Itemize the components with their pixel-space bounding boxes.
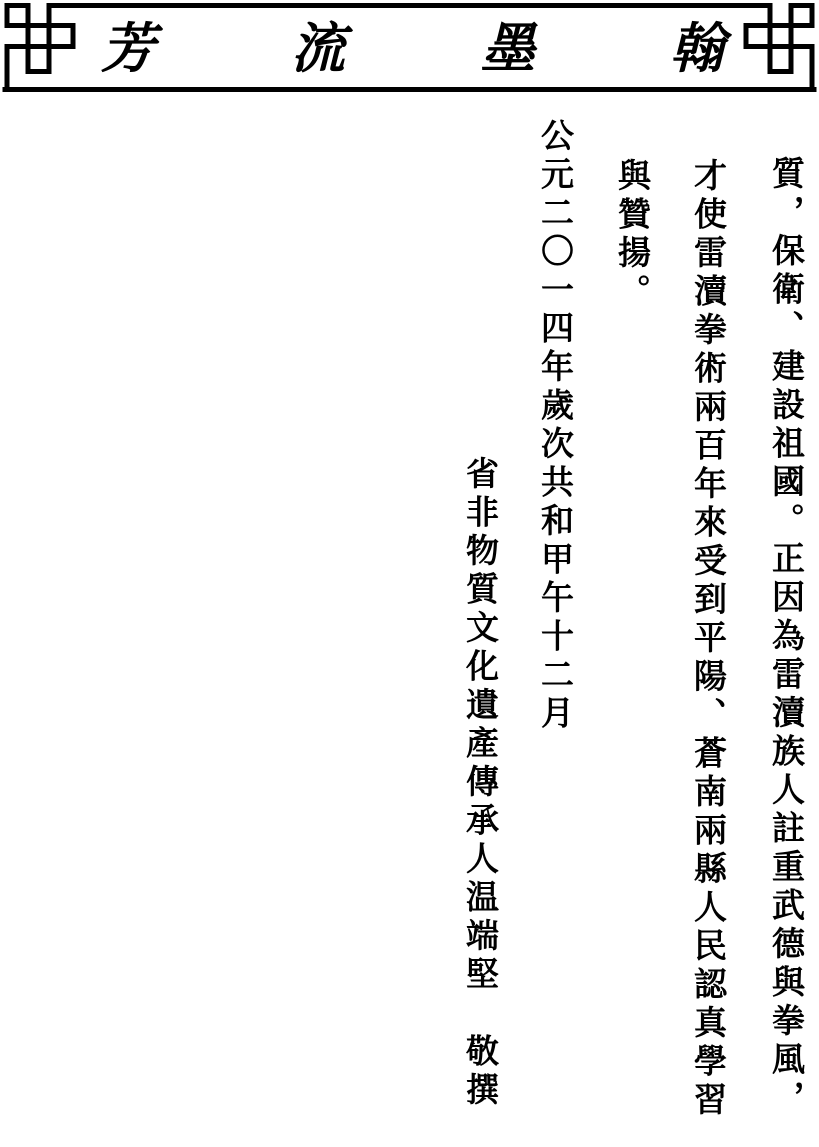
text-column-2: 才使雷瀆拳術兩百年來受到平陽、蒼南兩縣人民認真學習 [688,158,728,1121]
date-column: 公元二〇一四年歲次共和甲午十二月 [535,118,575,734]
title-char-4: 翰 [667,18,727,78]
title-char-2: 流 [288,18,348,78]
text-column-3: 與贊揚。 [612,158,652,312]
title-char-3: 墨 [478,18,538,78]
text-column-1: 質，保衛、建設祖國。正因為雷瀆族人註重武德與拳風， [766,156,806,1119]
signature-column: 省非物質文化遺產傳承人温端堅 敬撰 [460,456,500,1111]
header-banner: 芳 流 墨 翰 [0,0,819,96]
title-char-1: 芳 [98,18,158,78]
